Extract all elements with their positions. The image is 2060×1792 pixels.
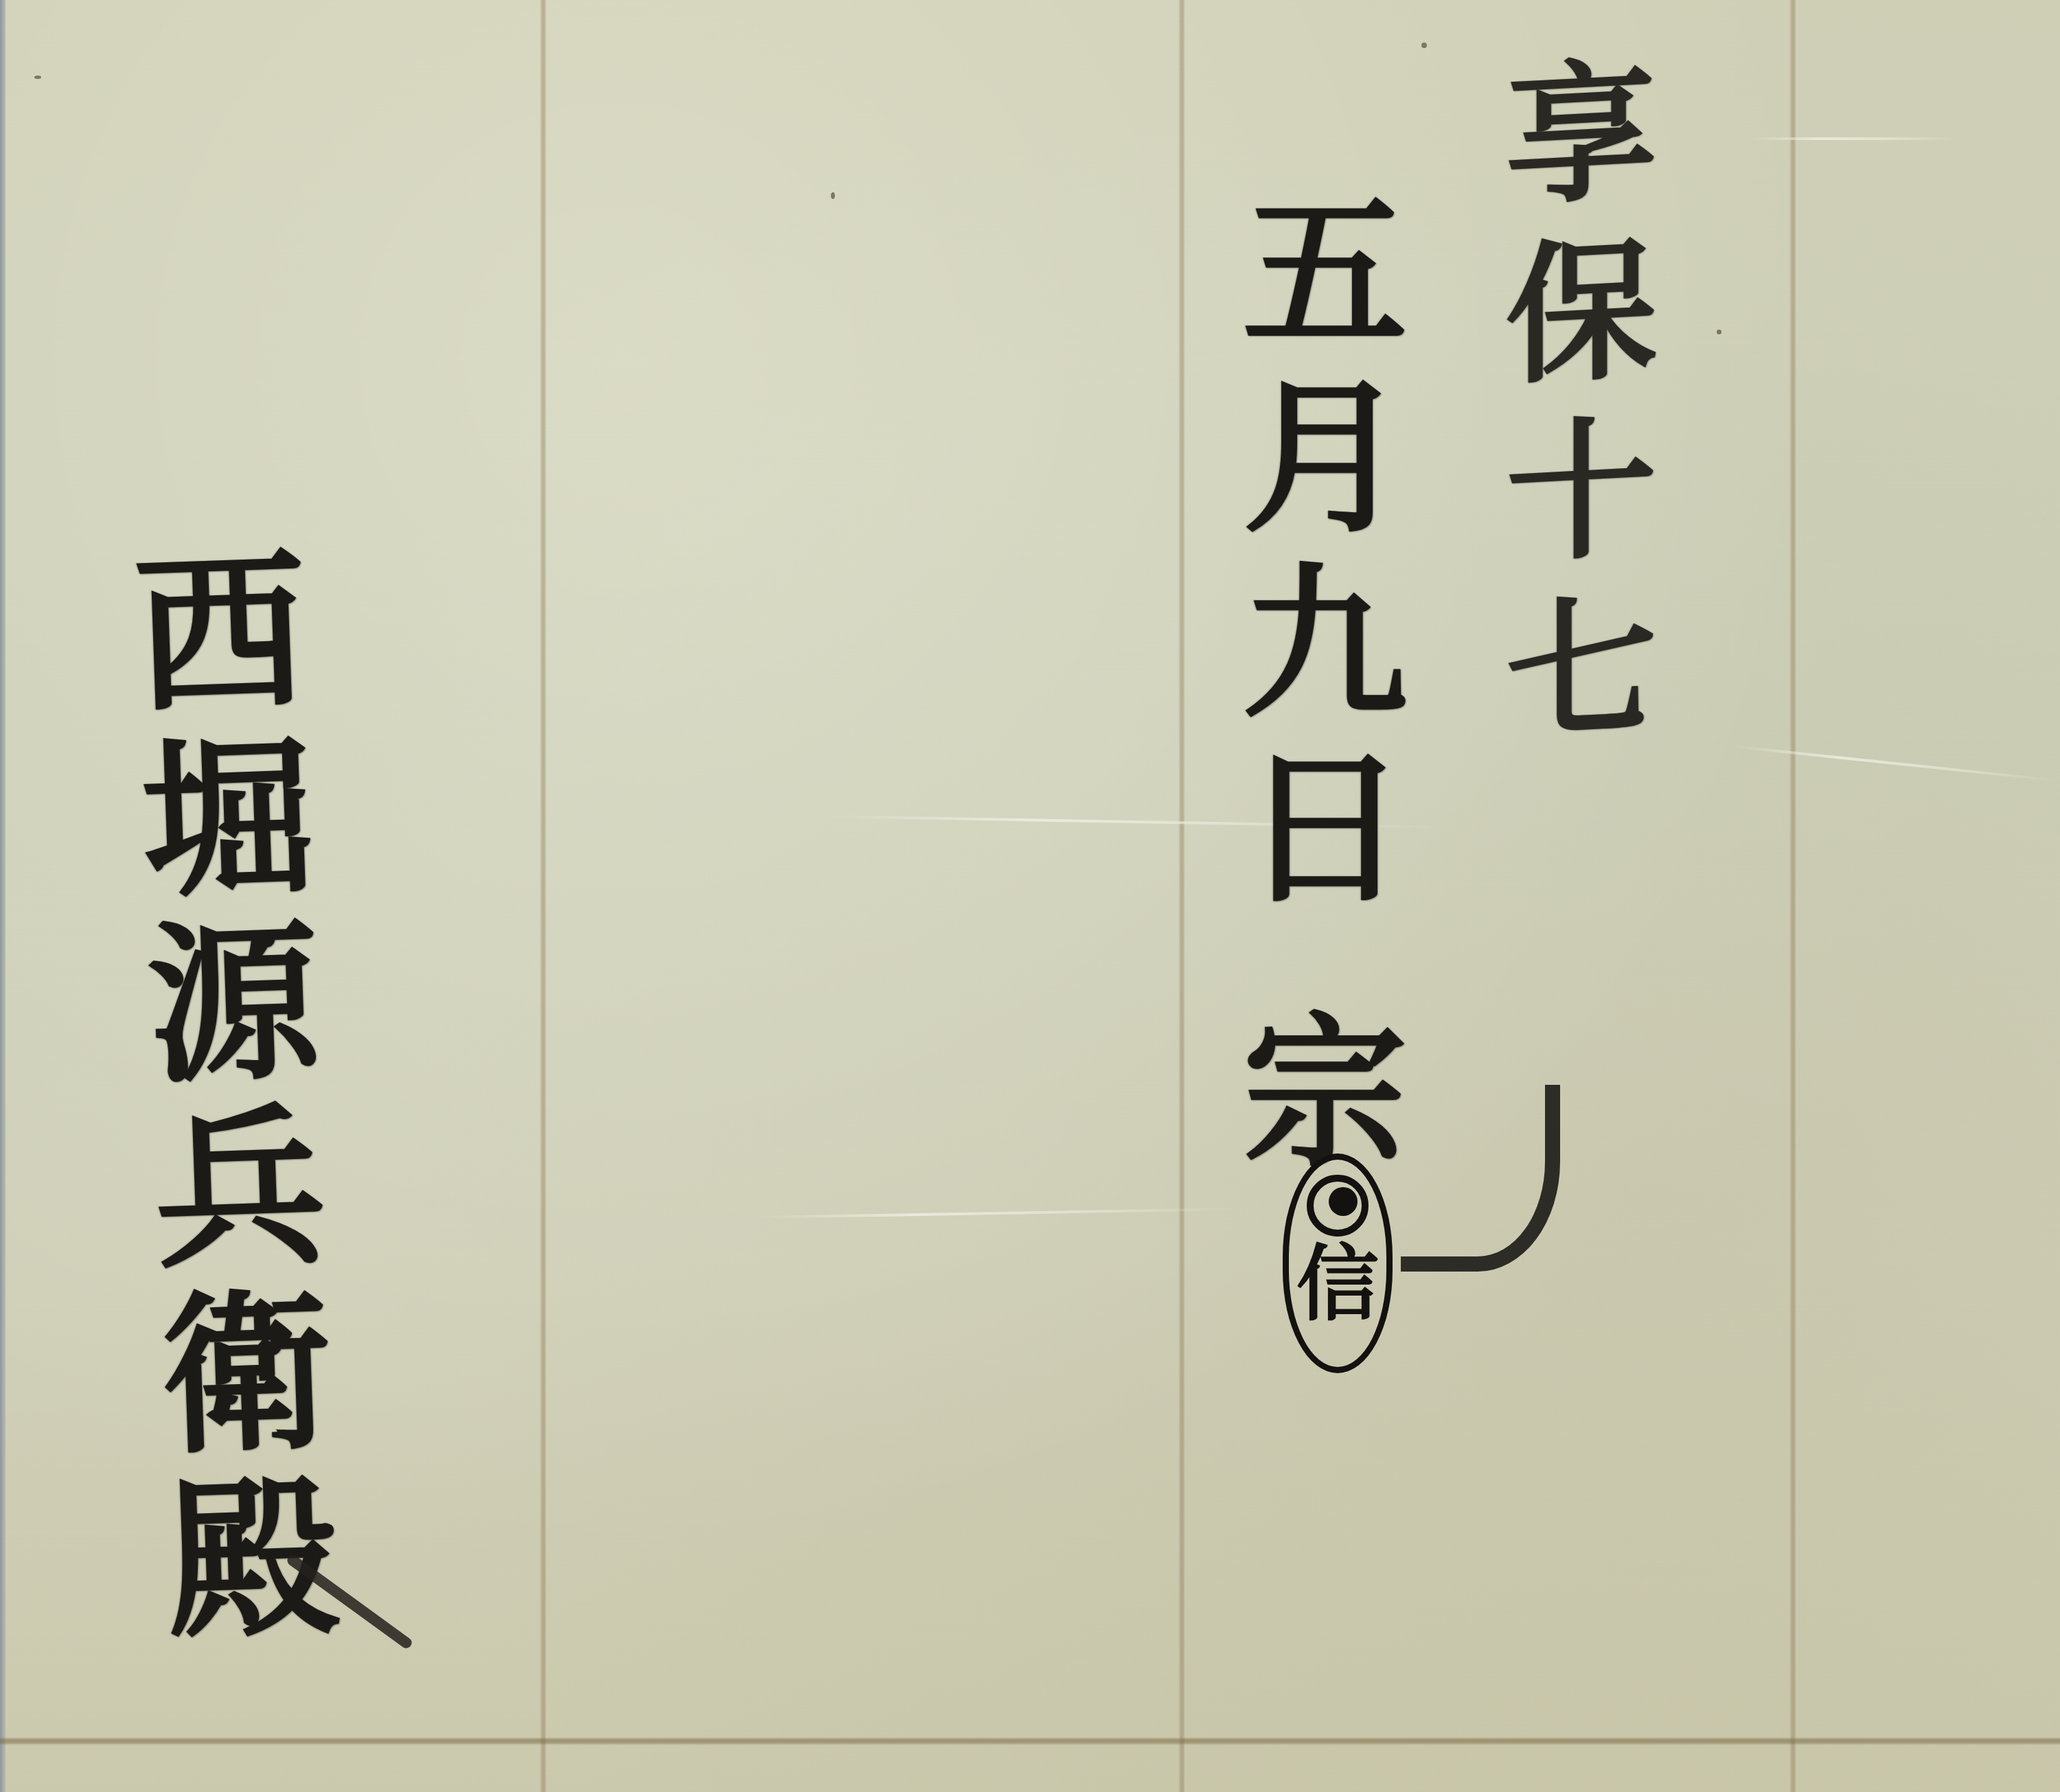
paper-left-edge xyxy=(0,0,5,1792)
ink-speck xyxy=(34,76,41,79)
paper-crease xyxy=(1751,137,1957,140)
vertical-fold-line xyxy=(1789,0,1796,1792)
signature-column: 五月九日 宗 xyxy=(1229,185,1394,1191)
vertical-fold-line xyxy=(540,0,547,1792)
seal-character: 信 xyxy=(1296,1243,1379,1326)
horizontal-fold-line xyxy=(0,1737,2060,1745)
seal-dot xyxy=(1329,1187,1358,1216)
ink-speck xyxy=(1421,43,1427,48)
seal-circle-mark-icon xyxy=(1307,1175,1369,1237)
addressee-column: 西堀源兵衛殿 xyxy=(118,540,328,1657)
vertical-fold-line xyxy=(1178,0,1185,1792)
ink-speck xyxy=(1717,330,1721,334)
date-column: 享保十七 xyxy=(1493,51,1645,773)
ink-speck xyxy=(831,192,835,199)
seal-stamp: 信 xyxy=(1283,1153,1393,1373)
